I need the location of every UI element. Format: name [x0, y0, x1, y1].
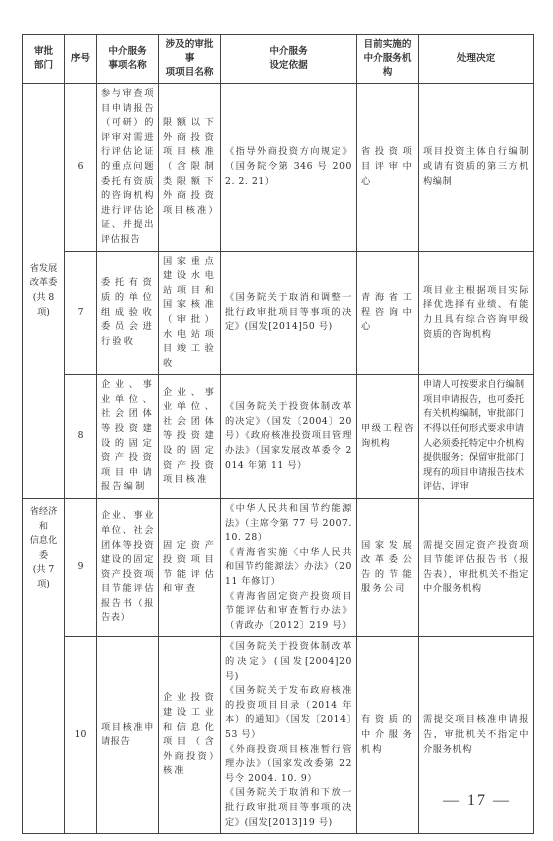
department-cell: 省经济和 信息化委 (共 7 项)	[23, 499, 65, 834]
seq-cell: 9	[65, 499, 97, 637]
agency-cell: 省投资项目评审中心	[357, 84, 419, 252]
header-approval-item: 涉及的审批事项项目名称	[159, 35, 221, 84]
header-basis: 中介服务设定依据	[221, 35, 357, 84]
approval-item-cell: 企业投资建设工业和信息化项目（含外商投资）核准	[159, 637, 221, 834]
decision-cell: 项目投资主体自行编制或请有资质的第三方机构编制	[419, 84, 534, 252]
agency-cell: 有资质的中介服务机构	[357, 637, 419, 834]
basis-cell: 《指导外商投资方向规定》（国务院令第 346 号 2002. 2. 21）	[221, 84, 357, 252]
decision-cell: 申请人可按要求自行编制项目申请报告，也可委托有关机构编制，审批部门不得以任何形式…	[419, 375, 534, 499]
header-seq: 序号	[65, 35, 97, 84]
table-row: 7 委托有资质的单位组成验收委员会进行验收 国家重点建设水电站项目和国家核准（审…	[23, 251, 534, 375]
header-dept: 审批部门	[23, 35, 65, 84]
service-cell: 企业、事业单位、社会团体等投资建设的固定资产投资项目节能评估报告书（报告表）	[97, 499, 159, 637]
decision-cell: 项目业主根据项目实际择优选择有业绩、有能力且具有综合咨询甲级资质的咨询机构	[419, 251, 534, 375]
service-cell: 项目核准申请报告	[97, 637, 159, 834]
seq-cell: 8	[65, 375, 97, 499]
service-cell: 委托有资质的单位组成验收委员会进行验收	[97, 251, 159, 375]
header-service: 中介服务事项名称	[97, 35, 159, 84]
basis-cell: 《国务院关于取消和调整一批行政审批项目等事项的决定》(国发[2014]50 号)	[221, 251, 357, 375]
header-agency: 目前实施的中介服务机构	[357, 35, 419, 84]
document-page: 审批部门 序号 中介服务事项名称 涉及的审批事项项目名称 中介服务设定依据 目前…	[0, 0, 553, 841]
seq-cell: 6	[65, 84, 97, 252]
service-cell: 参与审查项目申请报告（可研）的评审对需进行评估论证的重点问题委托有资质的咨询机构…	[97, 84, 159, 252]
service-cell: 企业、事业单位、社会团体等投资建设的固定资产投资项目申请报告编制	[97, 375, 159, 499]
page-number: — 17 —	[443, 792, 511, 810]
decision-cell: 需提交固定资产投资项目节能评估报告书（报告表），审批机关不指定中介服务机构	[419, 499, 534, 637]
basis-cell: 《国务院关于投资体制改革的决定》(国发[2004]20 号) 《国务院关于发布政…	[221, 637, 357, 834]
table-row: 省经济和 信息化委 (共 7 项) 9 企业、事业单位、社会团体等投资建设的固定…	[23, 499, 534, 637]
agency-cell: 国家发展改革委公告的节能服务公司	[357, 499, 419, 637]
agency-cell: 青海省工程咨询中心	[357, 251, 419, 375]
approval-item-cell: 国家重点建设水电站项目和国家核准（审批）水电站项目竣工验收	[159, 251, 221, 375]
table-header-row: 审批部门 序号 中介服务事项名称 涉及的审批事项项目名称 中介服务设定依据 目前…	[23, 35, 534, 84]
agency-cell: 甲级工程咨询机构	[357, 375, 419, 499]
seq-cell: 7	[65, 251, 97, 375]
table-row: 8 企业、事业单位、社会团体等投资建设的固定资产投资项目申请报告编制 企业、事业…	[23, 375, 534, 499]
basis-cell: 《国务院关于投资体制改革的决定》（国发〔2004〕20 号）《政府核准投资项目管…	[221, 375, 357, 499]
intermediary-services-table: 审批部门 序号 中介服务事项名称 涉及的审批事项项目名称 中介服务设定依据 目前…	[22, 34, 534, 834]
department-cell: 省发展 改革委 (共 8 项)	[23, 84, 65, 499]
basis-cell: 《中华人民共和国节约能源法》（主席令第 77 号 2007. 10. 28） 《…	[221, 499, 357, 637]
approval-item-cell: 限额以下外商投资项目核准（含限制类限额下外商投资项目核准）	[159, 84, 221, 252]
header-decision: 处理决定	[419, 35, 534, 84]
approval-item-cell: 企业、事业单位、社会团体等投资建设的固定资产投资项目核准	[159, 375, 221, 499]
approval-item-cell: 固定资产投资项目节能评估和审查	[159, 499, 221, 637]
table-row: 省发展 改革委 (共 8 项) 6 参与审查项目申请报告（可研）的评审对需进行评…	[23, 84, 534, 252]
seq-cell: 10	[65, 637, 97, 834]
